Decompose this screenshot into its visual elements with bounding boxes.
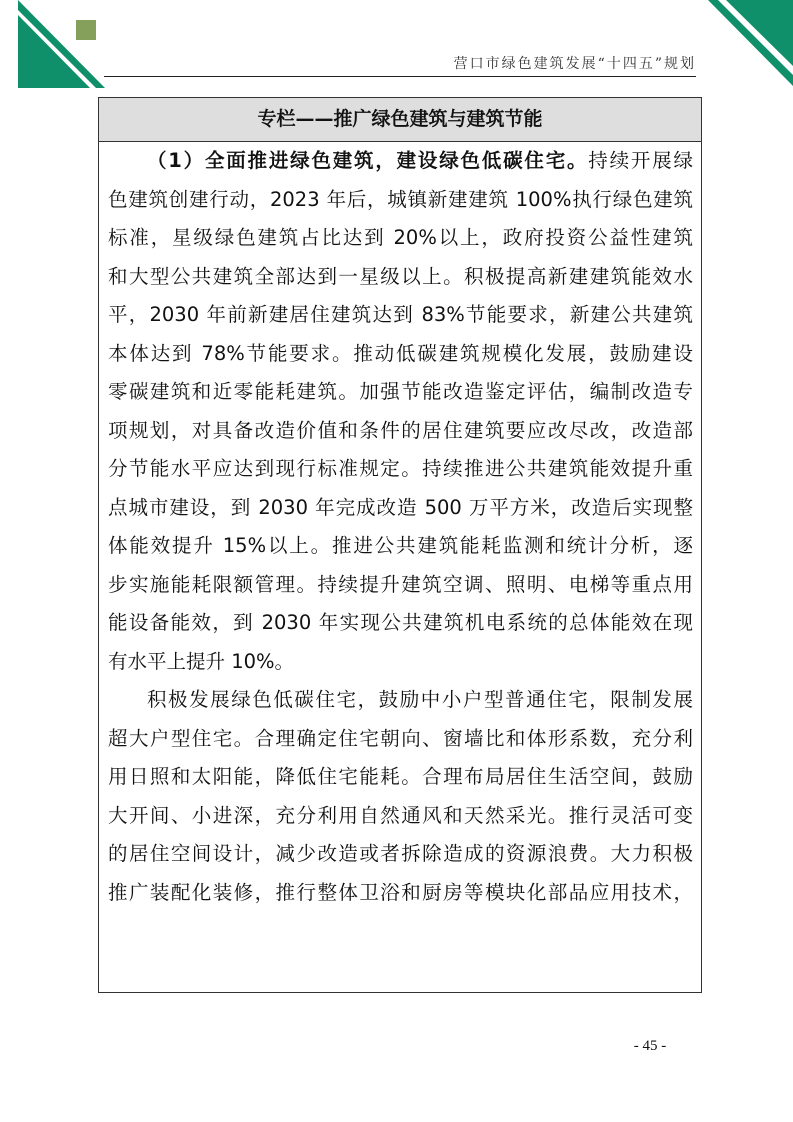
text-line: 有水平上提升 10%。 [108,643,693,682]
text-line: 用日照和太阳能，降低住宅能耗。合理布局居住生活空间，鼓励 [108,758,693,797]
text-line: 本体达到 78%节能要求。推动低碳建筑规模化发展，鼓励建设 [108,335,693,374]
text-line: 步实施能耗限额管理。持续提升建筑空调、照明、电梯等重点用 [108,566,693,605]
feature-box-title: 专栏——推广绿色建筑与建筑节能 [99,98,701,142]
text-line: 体能效提升 15%以上。推进公共建筑能耗监测和统计分析，逐 [108,527,693,566]
text-line: 的居住空间设计，减少改造或者拆除造成的资源浪费。大力积极 [108,835,693,874]
running-header-title: 营口市绿色建筑发展“十四五”规划 [454,56,696,72]
running-header: 营口市绿色建筑发展“十四五”规划 [104,52,696,77]
text-line: 色建筑创建行动，2023 年后，城镇新建建筑 100%执行绿色建筑 [108,181,693,220]
text-line: 标准，星级绿色建筑占比达到 20%以上，政府投资公益性建筑 [108,219,693,258]
olive-square-icon [76,20,96,40]
text-line: 推广装配化装修，推行整体卫浴和厨房等模块化部品应用技术， [108,874,693,913]
paragraph: 积极发展绿色低碳住宅，鼓励中小户型普通住宅，限制发展 超大户型住宅。合理确定住宅… [108,681,693,912]
text-line: 大开间、小进深，充分利用自然通风和天然采光。推行灵活可变 [108,797,693,836]
corner-triangle-top-left-icon [0,0,110,92]
text-line: 平，2030 年前新建居住建筑达到 83%节能要求，新建公共建筑 [108,296,693,335]
feature-box-body: （1）全面推进绿色建筑，建设绿色低碳住宅。持续开展绿 色建筑创建行动，2023 … [99,142,701,912]
text-line: 能设备能效，到 2030 年实现公共建筑机电系统的总体能效在现 [108,604,693,643]
text-line: 超大户型住宅。合理确定住宅朝向、窗墙比和体形系数，充分利 [108,720,693,759]
text-line: 和大型公共建筑全部达到一星级以上。积极提高新建建筑能效水 [108,258,693,297]
corner-triangle-top-right-icon [700,0,793,90]
bold-lead: （1）全面推进绿色建筑，建设绿色低碳住宅。 [147,149,588,172]
text-line: （1）全面推进绿色建筑，建设绿色低碳住宅。持续开展绿 [108,142,693,181]
text-line: 项规划，对具备改造价值和条件的居住建筑要应改尽改，改造部 [108,412,693,451]
text-line: 分节能水平应达到现行标准规定。持续推进公共建筑能效提升重 [108,450,693,489]
text-line: 零碳建筑和近零能耗建筑。加强节能改造鉴定评估，编制改造专 [108,373,693,412]
text-line: 点城市建设，到 2030 年完成改造 500 万平方米，改造后实现整 [108,489,693,528]
page-number: - 45 - [610,1038,690,1055]
text-line: 积极发展绿色低碳住宅，鼓励中小户型普通住宅，限制发展 [108,681,693,720]
paragraph: （1）全面推进绿色建筑，建设绿色低碳住宅。持续开展绿 色建筑创建行动，2023 … [108,142,693,681]
feature-box: 专栏——推广绿色建筑与建筑节能 （1）全面推进绿色建筑，建设绿色低碳住宅。持续开… [98,97,702,993]
